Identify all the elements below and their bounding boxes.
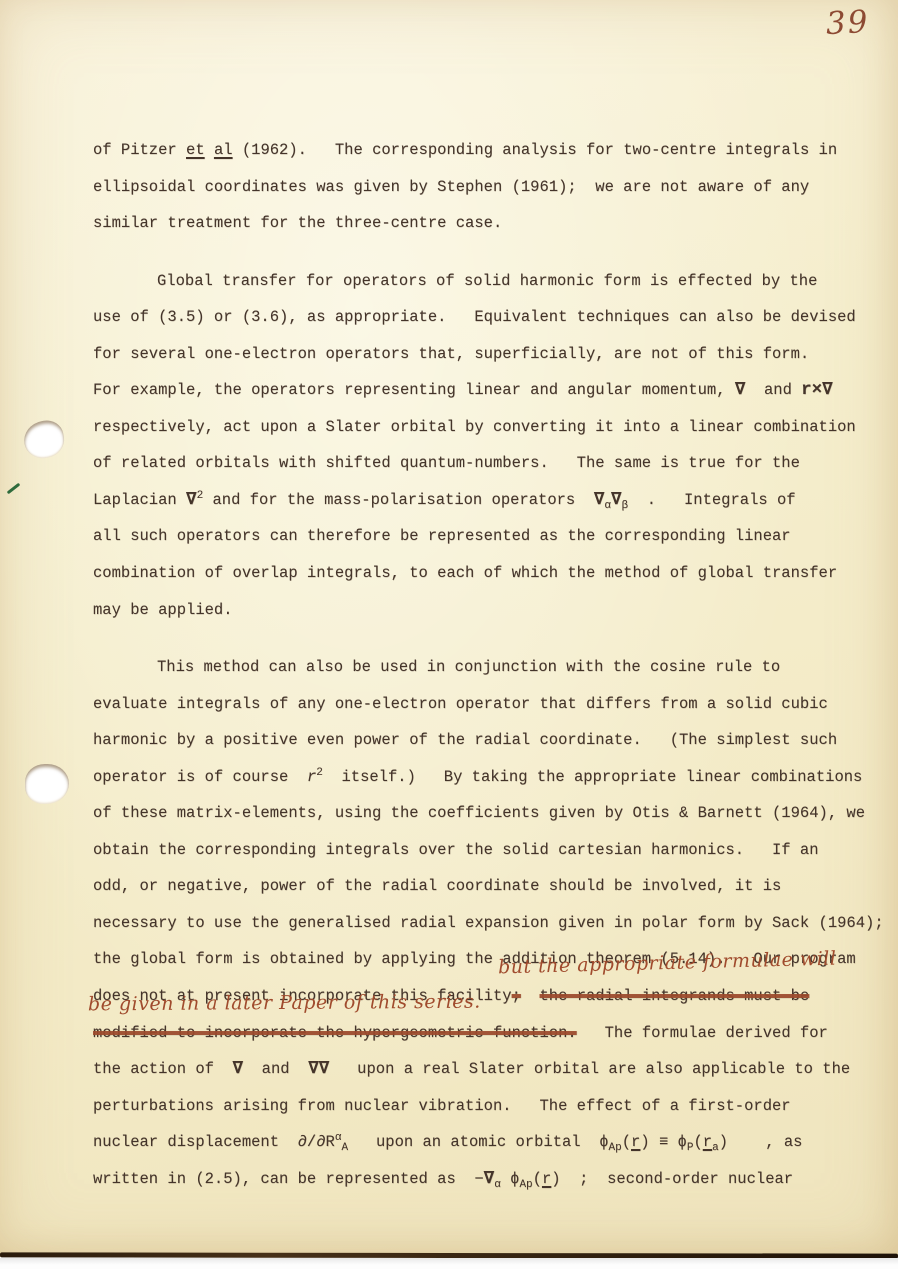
punch-hole-bottom	[25, 764, 69, 804]
scanner-background	[0, 1258, 898, 1269]
text-line: operator is of course r2 itself.) By tak…	[93, 759, 888, 796]
text-line: odd, or negative, power of the radial co…	[93, 868, 888, 905]
text-line: modified to incorporate the hypergeometr…	[93, 1015, 888, 1052]
text-line: the action of ∇ and ∇∇ upon a real Slate…	[93, 1051, 888, 1088]
text-line: Global transfer for operators of solid h…	[93, 263, 888, 300]
typed-text: of Pitzer et al (1962). The correspondin…	[93, 132, 888, 1197]
text-line: This method can also be used in conjunct…	[93, 649, 888, 686]
text-line: obtain the corresponding integrals over …	[93, 832, 888, 869]
margin-tick-mark	[7, 483, 21, 495]
text-line: of these matrix-elements, using the coef…	[93, 795, 888, 832]
text-line: all such operators can therefore be repr…	[93, 518, 888, 555]
text-line: nuclear displacement ∂/∂RαA upon an atom…	[93, 1124, 888, 1161]
text-line: harmonic by a positive even power of the…	[93, 722, 888, 759]
text-line: For example, the operators representing …	[93, 372, 888, 409]
text-line: of related orbitals with shifted quantum…	[93, 445, 888, 482]
text-line: written in (2.5), can be represented as …	[93, 1161, 888, 1198]
text-line: for several one-electron operators that,…	[93, 336, 888, 373]
text-line: may be applied.	[93, 592, 888, 629]
text-line: respectively, act upon a Slater orbital …	[93, 409, 888, 446]
scanned-page: 39 of Pitzer et al (1962). The correspon…	[0, 0, 898, 1257]
handwritten-insertion-bottom: be given in a later Paper of this series…	[88, 991, 481, 1016]
text-line: combination of overlap integrals, to eac…	[93, 555, 888, 592]
text-line: use of (3.5) or (3.6), as appropriate. E…	[93, 299, 888, 336]
text-line: similar treatment for the three-centre c…	[93, 205, 888, 242]
text-line: Laplacian ∇2 and for the mass-polarisati…	[93, 482, 888, 519]
punch-hole-top	[21, 418, 67, 461]
text-line: perturbations arising from nuclear vibra…	[93, 1088, 888, 1125]
text-line: necessary to use the generalised radial …	[93, 905, 888, 942]
handwritten-page-number: 39	[825, 4, 870, 42]
text-line: ellipsoidal coordinates was given by Ste…	[93, 169, 888, 206]
text-line: evaluate integrals of any one-electron o…	[93, 686, 888, 723]
text-line: of Pitzer et al (1962). The correspondin…	[93, 132, 888, 169]
